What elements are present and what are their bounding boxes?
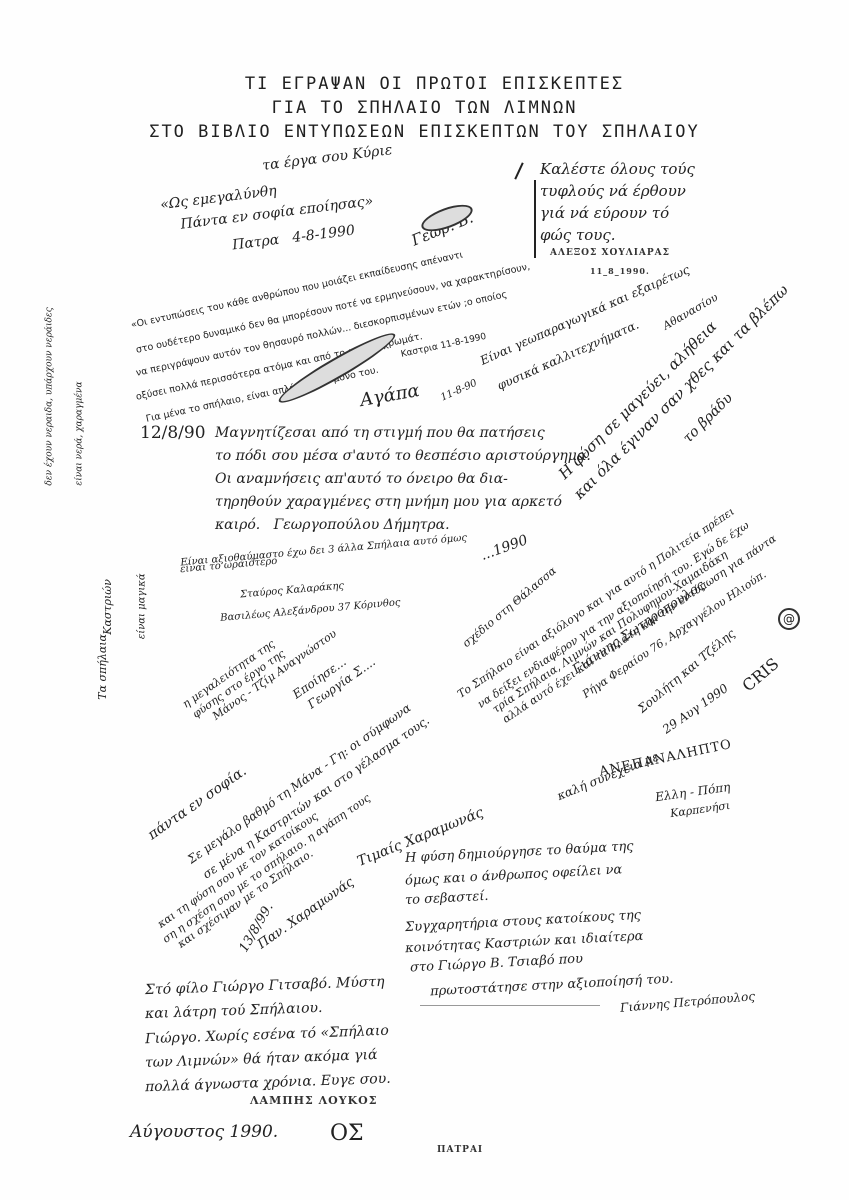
entry-line: σε μένα η Καστριτών και στο γέλασμα τους…: [200, 713, 433, 882]
place: ΠΑΤΡΑΙ: [437, 1145, 483, 1155]
entry-line: πρωτοστάτησε στην αξιοποίησή του.: [430, 972, 674, 1001]
entry-line: Οι αναμνήσεις απ'αυτό το όνειρο θα δια-: [215, 471, 508, 489]
entry-date: ...1990: [478, 532, 530, 565]
author: ΛΑΜΠΗΣ ΛΟΥΚΟΣ: [250, 1094, 378, 1107]
initials: CRIS: [738, 654, 783, 696]
entry-line: τηρηθούν χαραγμένες στη μνήμη μου για αρ…: [215, 494, 562, 512]
at-circle-icon: @: [778, 608, 800, 630]
entry-line: και λάτρη τού Σπήλαιου.: [145, 1000, 323, 1024]
entry-line: Σουλήτη και Τζέλης: [635, 626, 738, 716]
entry-line: όμως και ο άνθρωπος οφείλει να: [405, 862, 623, 890]
margin-bar: [534, 180, 536, 258]
name: Σταύρος Καλαράκης: [240, 580, 345, 602]
entry-line: γιά νά εύρουν τό: [540, 204, 669, 223]
title-line-3: ΣΤΟ ΒΙΒΛΙΟ ΕΝΤΥΠΩΣΕΩΝ ΕΠΙΣΚΕΠΤΩΝ ΤΟΥ ΣΠΗ…: [0, 122, 849, 142]
entry-date: 11-8-90: [439, 378, 479, 405]
entry-date: 12/8/90: [140, 423, 206, 444]
entry-line: το σεβαστεί.: [405, 889, 489, 910]
entry-date: 11_8_1990.: [590, 266, 650, 276]
margin-line: δεν έχουν νεραιδα, υπάρχουν νεράιδες: [44, 286, 55, 486]
margin-line: είναι μαγικά: [137, 573, 150, 639]
initials: ΟΣ: [330, 1120, 364, 1148]
signature: Αγάπα: [359, 380, 422, 413]
entry-line: φώς τους.: [540, 226, 616, 245]
entry-line: των Λιμνών» θά ήταν ακόμα γιά: [145, 1047, 378, 1073]
entry-line: το βράδυ: [680, 390, 737, 447]
entry-line: Μαγνητίζεσαι από τη στιγμή που θα πατήσε…: [215, 425, 545, 443]
entry-line: Στό φίλο Γιώργο Γιτσαβό. Μύστη: [145, 974, 385, 1000]
title-line-1: ΤΙ ΕΓΡΑΨΑΝ ΟΙ ΠΡΩΤΟΙ ΕΠΙΣΚΕΠΤΕΣ: [10, 74, 849, 94]
author: ΑΛΕΞΟΣ ΧΟΥΛΙΑΡΑΣ: [550, 248, 670, 258]
entry-line: Καλέστε όλους τούς: [540, 160, 695, 179]
entry-line: Γιώργο. Χωρίς εσένα τό «Σπήλαιο: [145, 1023, 389, 1049]
margin-line: Τα σπήλαια: [96, 634, 110, 700]
entry-date: Πατρα 4-8-1990: [231, 223, 356, 255]
place: Καρπενήσι: [669, 799, 731, 821]
entry-line: πολλά άγνωστα χρόνια. Ευγε σου.: [145, 1071, 391, 1097]
entry-line: καιρό. Γεωργοπούλου Δήμητρα.: [215, 517, 450, 535]
entry-line: ΑΝΕΠΑΝΑΛΗΠΤΟ: [598, 737, 734, 781]
entry-line: τυφλούς νά έρθουν: [540, 182, 686, 201]
entry-line: τα έργα σου Κύριε: [261, 142, 393, 175]
margin-line: είναι νερά, χαραγμένα: [74, 286, 85, 486]
title-line-2: ΓΙΑ ΤΟ ΣΠΗΛΑΙΟ ΤΩΝ ΛΙΜΝΩΝ: [0, 98, 849, 118]
signature: Γιάννης Πετρόπουλος: [620, 989, 756, 1016]
underline: [420, 1005, 600, 1006]
mark: [514, 162, 523, 179]
entry-date: Αύγουστος 1990.: [130, 1122, 278, 1143]
margin-line: Καστριών: [101, 579, 115, 635]
entry-line: το πόδι σου μέσα σ'αυτό το θεσπέσιο αρισ…: [215, 448, 591, 466]
entry-line: τρία Σπήλαια, Λιμνών και Πολυφημου-Χαμαι…: [490, 548, 730, 716]
scanned-document-page: ΤΙ ΕΓΡΑΨΑΝ ΟΙ ΠΡΩΤΟΙ ΕΠΙΣΚΕΠΤΕΣ ΓΙΑ ΤΟ Σ…: [0, 0, 849, 1200]
